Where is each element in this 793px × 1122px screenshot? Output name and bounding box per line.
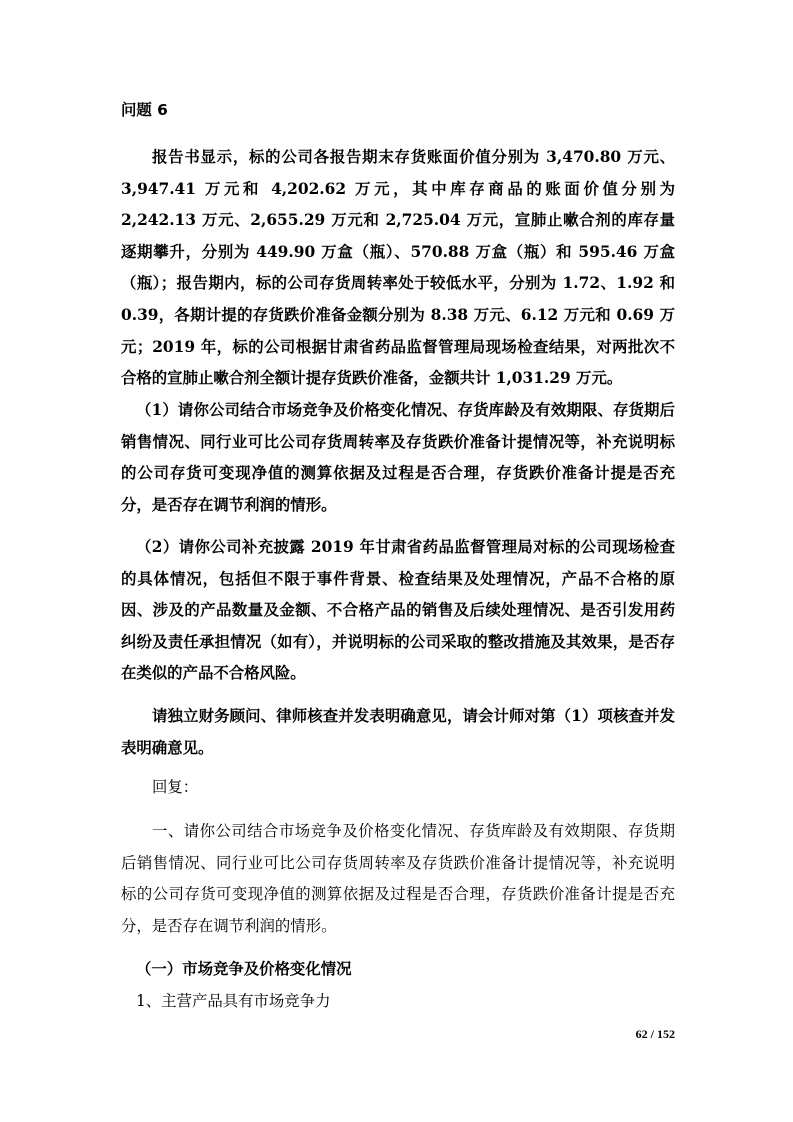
reply-section-1: 一、请你公司结合市场竞争及价格变化情况、存货库龄及有效期限、存货期后销售情况、同…	[121, 816, 675, 942]
question-title: 问题 6	[121, 100, 168, 120]
question-item-1: （1）请你公司结合市场竞争及价格变化情况、存货库龄及有效期限、存货期后销售情况、…	[121, 395, 675, 521]
page-number: 62 / 152	[636, 1027, 675, 1041]
subsubheading: 1、主营产品具有市场竞争力	[121, 986, 675, 1018]
intro-paragraph: 报告书显示，标的公司各报告期末存货账面价值分别为 3,470.80 万元、3,9…	[121, 142, 675, 395]
subheading: （一）市场竞争及价格变化情况	[121, 954, 675, 986]
reply-label: 回复：	[121, 772, 675, 804]
verification-request: 请独立财务顾问、律师核查并发表明确意见，请会计师对第（1）项核查并发表明确意见。	[121, 701, 675, 764]
question-item-2: （2）请你公司补充披露 2019 年甘肃省药品监督管理局对标的公司现场检查的具体…	[121, 532, 675, 690]
